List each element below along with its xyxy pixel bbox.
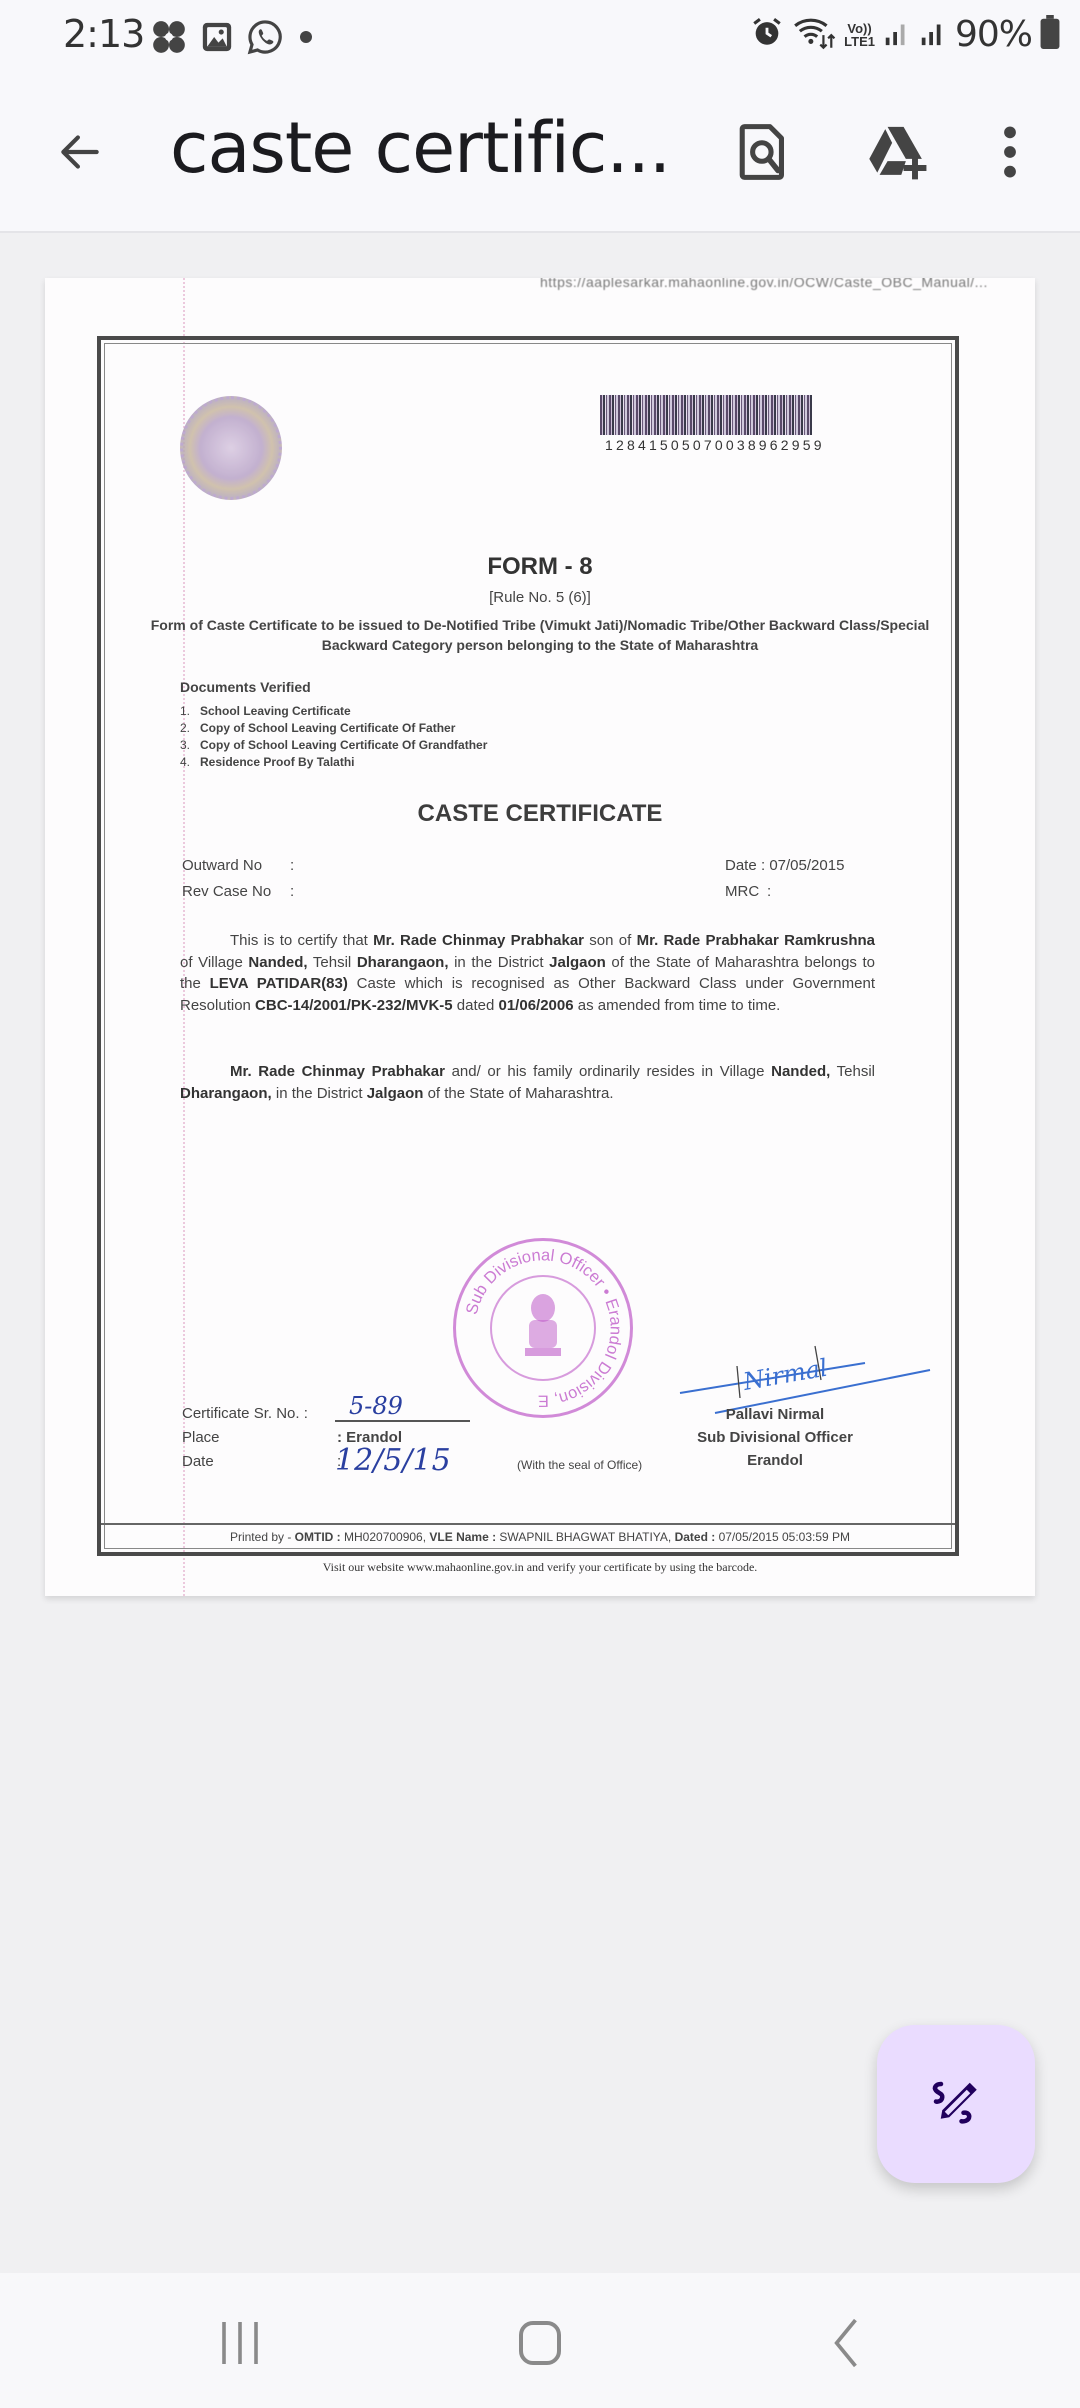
outward-no-label: Outward No (182, 853, 290, 879)
more-vert-icon (1002, 125, 1018, 179)
back-button[interactable] (48, 120, 112, 184)
ashoka-emblem (490, 1275, 596, 1381)
printed-by-line: Printed by - OMTID : MH020700906, VLE Na… (45, 1530, 1035, 1544)
svg-text:Nirmal: Nirmal (740, 1354, 829, 1396)
document-item: 2.Copy of School Leaving Certificate Of … (180, 720, 487, 737)
form-title: FORM - 8 (45, 553, 1035, 581)
arrow-back-icon (55, 127, 105, 177)
certification-paragraph: This is to certify that Mr. Rade Chinmay… (180, 930, 875, 1016)
footer-divider (101, 1523, 955, 1525)
place-label: Place (182, 1426, 337, 1450)
recents-icon (218, 2320, 262, 2366)
rule-number: [Rule No. 5 (6)] (45, 589, 1035, 606)
signatory-place: Erandol (645, 1449, 905, 1472)
date-label: Date (725, 853, 761, 879)
home-button[interactable] (500, 2313, 580, 2373)
gallery-icon (200, 20, 234, 59)
annotate-fab[interactable] (877, 2025, 1035, 2183)
seal-note: (With the seal of Office) (517, 1458, 642, 1472)
print-url: https://aaplesarkar.mahaonline.gov.in/OC… (540, 278, 988, 290)
documents-verified-heading: Documents Verified (180, 679, 311, 695)
outward-rev-fields: Outward No: Rev Case No: (182, 853, 294, 905)
signatory-designation: Sub Divisional Officer (645, 1426, 905, 1449)
wifi-icon (792, 12, 836, 57)
documents-verified-list: 1.School Leaving Certificate 2.Copy of S… (180, 703, 487, 771)
status-bar: 2:13 Vo)) LTE1 90% (0, 0, 1080, 70)
maharashtra-emblem (180, 396, 282, 500)
barcode-number: 12841505070038962959 (605, 437, 825, 453)
date-mrc-fields: Date: 07/05/2015 MRC: (725, 853, 844, 905)
verify-website-note: Visit our website www.mahaonline.gov.in … (45, 1560, 1035, 1575)
barcode (600, 395, 812, 435)
battery-percent: 90% (955, 14, 1032, 55)
document-title: caste certific... (170, 107, 670, 189)
handwritten-date: 12/5/15 (335, 1443, 451, 1478)
alarm-icon (750, 15, 784, 54)
whatsapp-icon (246, 18, 284, 61)
more-options-button[interactable] (980, 115, 1040, 189)
signal-icon (883, 17, 911, 52)
system-nav-bar (0, 2273, 1080, 2408)
form-description: Form of Caste Certificate to be issued t… (145, 615, 935, 655)
cert-sr-value: 5-89 (335, 1392, 470, 1422)
notification-icons (150, 18, 316, 61)
residence-paragraph: Mr. Rade Chinmay Prabhakar and/ or his f… (180, 1061, 875, 1104)
signal-icon (919, 17, 947, 52)
date-value: : 07/05/2015 (761, 857, 844, 874)
app-bar: caste certific... (0, 70, 1080, 233)
add-to-drive-icon (867, 122, 931, 182)
signatory-name: Pallavi Nirmal (645, 1403, 905, 1426)
signatory-block: Pallavi Nirmal Sub Divisional Officer Er… (645, 1403, 905, 1472)
date2-label: Date (182, 1450, 337, 1474)
status-time: 2:13 (63, 12, 144, 56)
nav-back-button[interactable] (805, 2313, 885, 2373)
pinwheel-icon (150, 18, 188, 61)
document-page[interactable]: https://aaplesarkar.mahaonline.gov.in/OC… (45, 278, 1035, 1596)
find-in-page-icon (737, 122, 789, 182)
home-icon (517, 2319, 563, 2367)
rev-case-no-value: : (290, 883, 294, 900)
battery-icon (1040, 15, 1060, 54)
rev-case-no-label: Rev Case No (182, 879, 290, 905)
document-item: 4.Residence Proof By Talathi (180, 754, 487, 771)
office-seal: Sub Divisional Officer • Erandol Divisio… (453, 1238, 633, 1418)
back-chevron-icon (830, 2318, 860, 2368)
draw-annotate-icon (926, 2074, 986, 2134)
document-item: 1.School Leaving Certificate (180, 703, 487, 720)
system-icons: Vo)) LTE1 90% (750, 12, 1060, 57)
volte-lte1-icon: Vo)) LTE1 (844, 22, 875, 48)
outward-no-value: : (290, 857, 294, 874)
cert-sr-label: Certificate Sr. No. : (182, 1402, 337, 1426)
mrc-value: : (767, 883, 771, 900)
add-to-drive-button[interactable] (862, 115, 936, 189)
dot-icon (296, 27, 316, 52)
certificate-title: CASTE CERTIFICATE (45, 800, 1035, 828)
recents-button[interactable] (200, 2313, 280, 2373)
mrc-label: MRC (725, 879, 767, 905)
find-in-document-button[interactable] (726, 115, 800, 189)
document-item: 3.Copy of School Leaving Certificate Of … (180, 737, 487, 754)
